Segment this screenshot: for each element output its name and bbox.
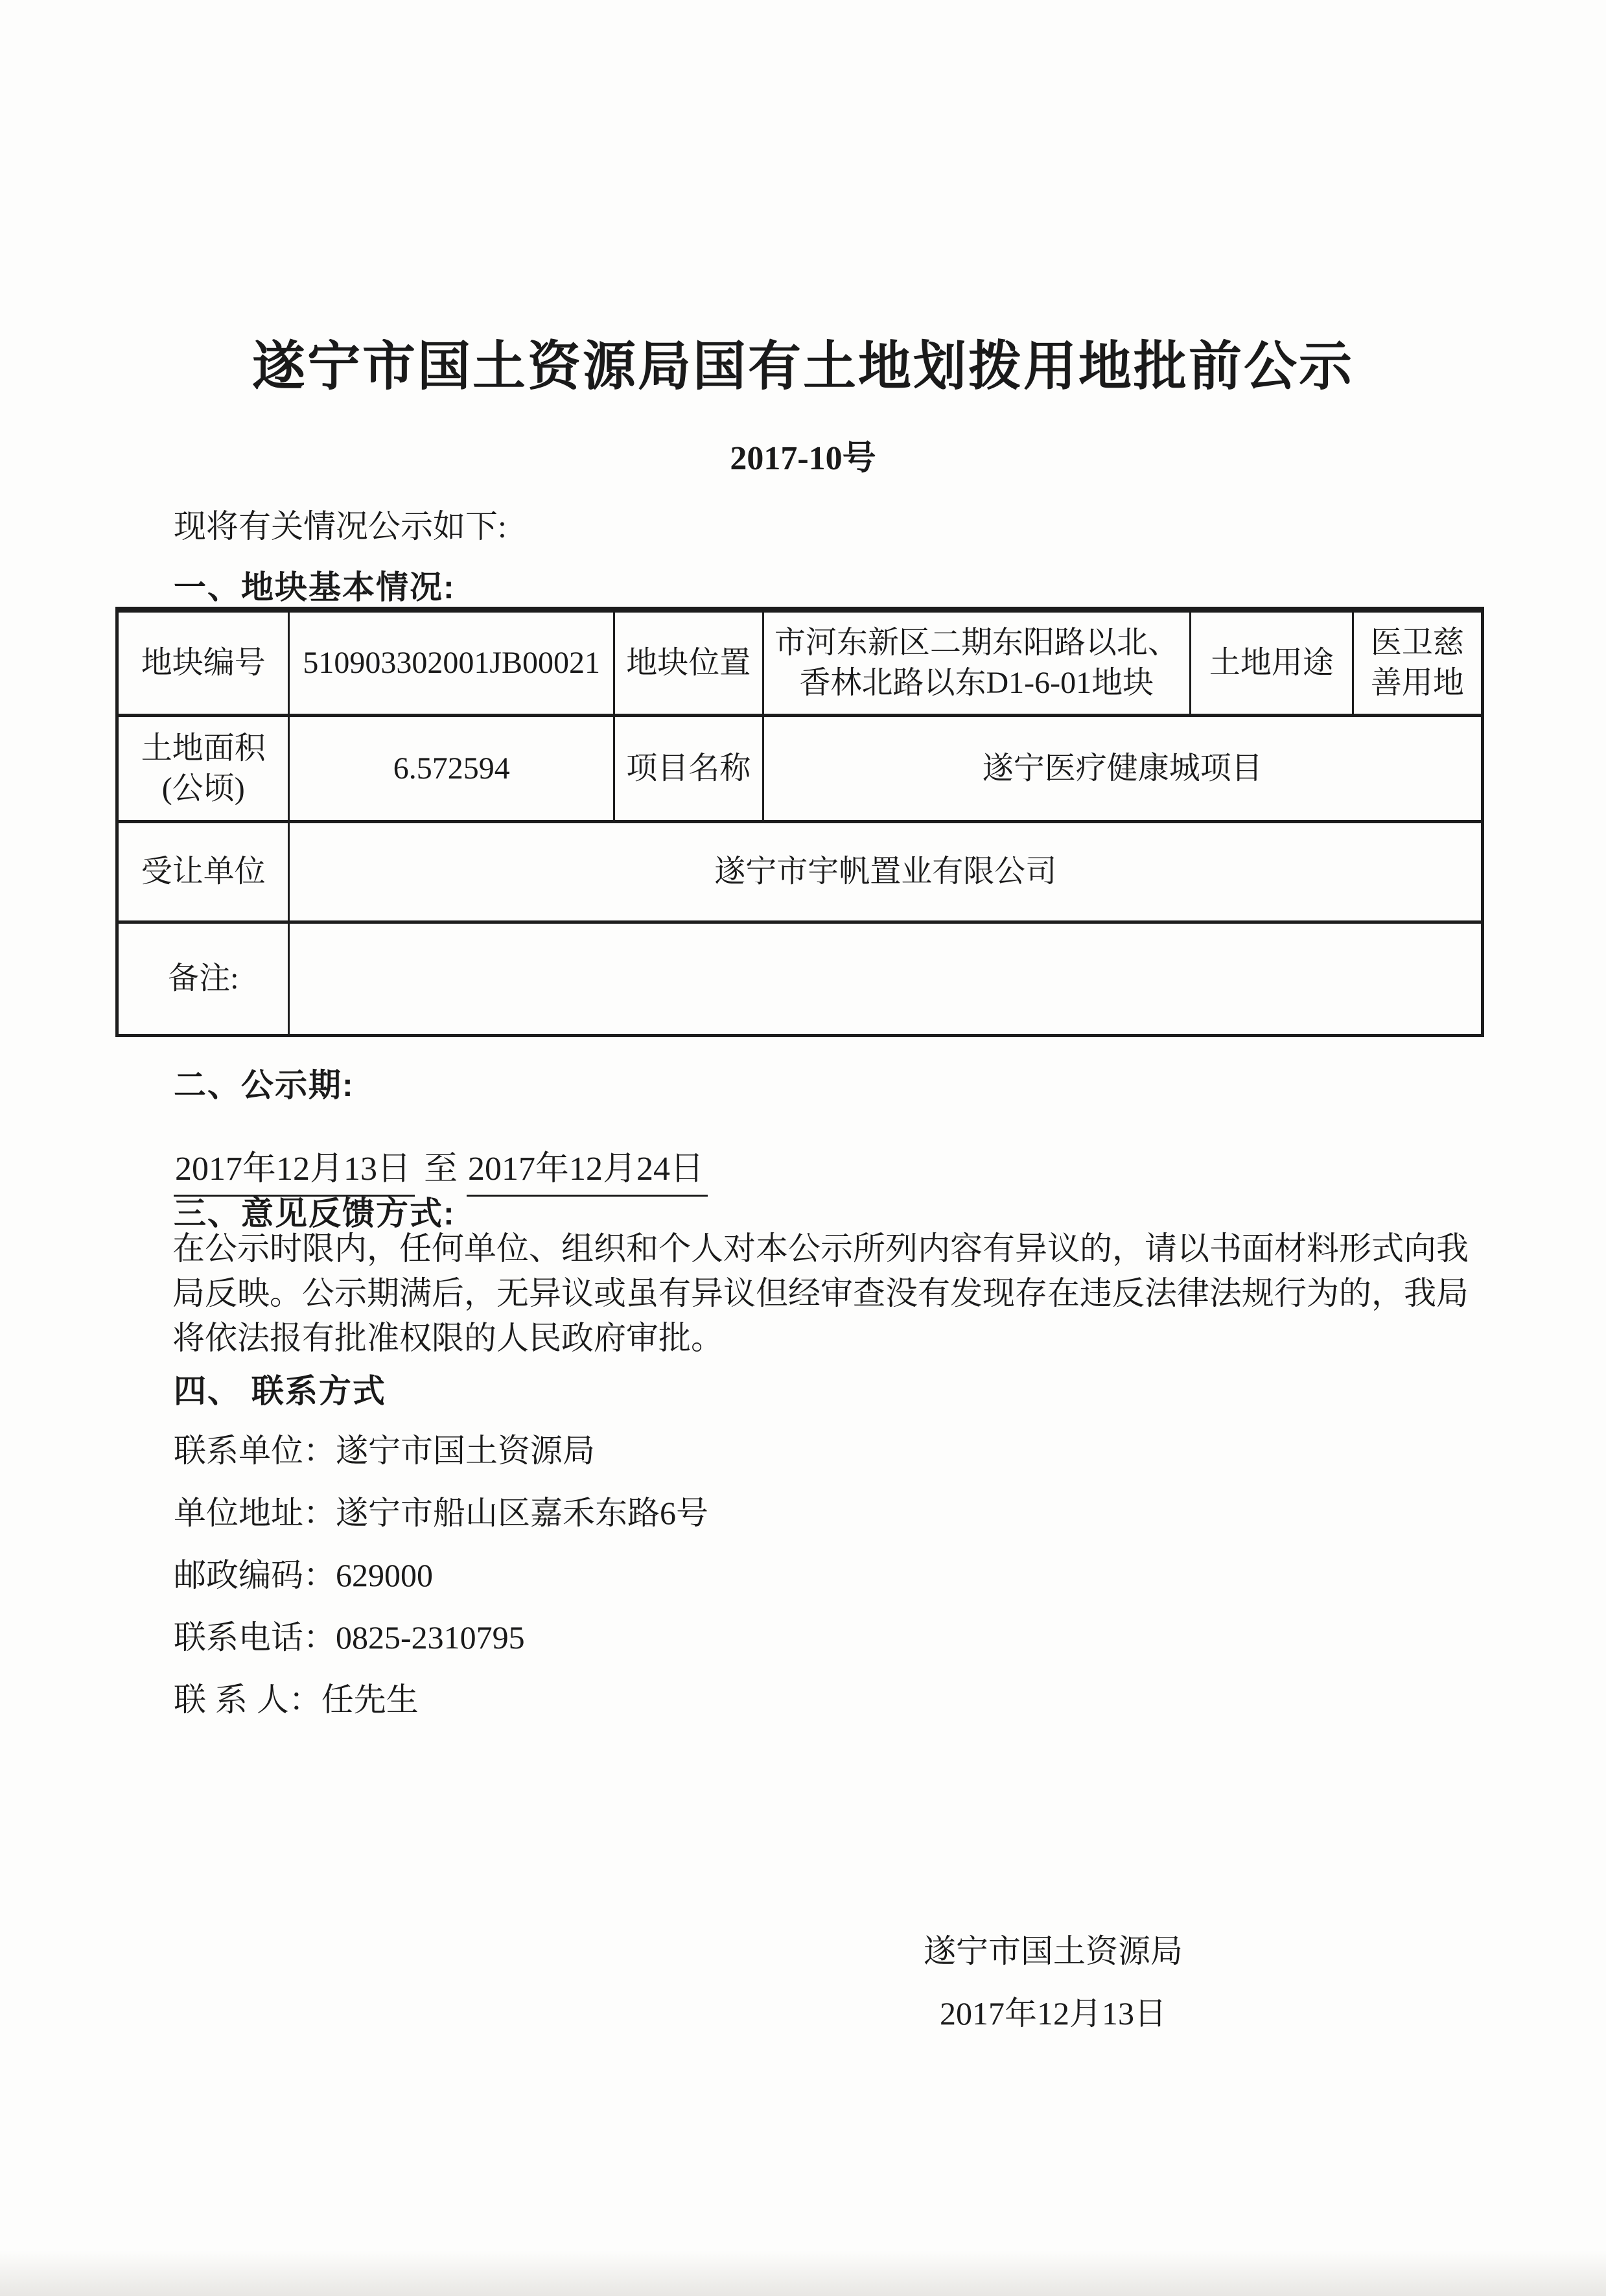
table-row: 地块编号 510903302001JB00021 地块位置 市河东新区二期东阳路…	[117, 610, 1483, 716]
contact-unit-value: 遂宁市国土资源局	[336, 1433, 595, 1469]
table-row: 受让单位 遂宁市宇帆置业有限公司	[117, 822, 1483, 922]
table-row: 备注:	[117, 922, 1483, 1036]
project-name-value: 遂宁医疗健康城项目	[763, 716, 1482, 822]
signature-block: 遂宁市国土资源局 2017年12月13日	[920, 1920, 1186, 2044]
plot-number-value: 510903302001JB00021	[289, 610, 614, 716]
contact-person-line: 联 系 人：任先生	[174, 1669, 708, 1731]
scan-artifact-bottom	[0, 2251, 1606, 2296]
postal-code-value: 629000	[336, 1557, 433, 1593]
contact-unit-label: 联系单位：	[174, 1433, 336, 1469]
signature-org: 遂宁市国土资源局	[920, 1920, 1186, 1982]
project-name-label: 项目名称	[614, 716, 763, 822]
remarks-label: 备注:	[117, 922, 289, 1036]
transferee-label: 受让单位	[117, 822, 289, 922]
feedback-paragraph: 在公示时限内，任何单位、组织和个人对本公示所列内容有异议的，请以书面材料形式向我…	[172, 1226, 1507, 1361]
section4-heading: 四、 联系方式	[174, 1365, 386, 1412]
phone-line: 联系电话：0825-2310795	[174, 1606, 708, 1669]
land-use-label: 土地用途	[1191, 610, 1353, 716]
scanned-notice-page: 遂宁市国土资源局国有土地划拨用地批前公示 2017-10号 现将有关情况公示如下…	[0, 0, 1606, 2296]
table-row: 土地面积 (公顷) 6.572594 项目名称 遂宁医疗健康城项目	[117, 716, 1483, 822]
section1-heading: 一、地块基本情况:	[174, 561, 456, 608]
land-info-table: 地块编号 510903302001JB00021 地块位置 市河东新区二期东阳路…	[115, 607, 1484, 1037]
plot-location-label: 地块位置	[614, 610, 763, 716]
contact-info-block: 联系单位：遂宁市国土资源局 单位地址：遂宁市船山区嘉禾东路6号 邮政编码：629…	[174, 1420, 708, 1731]
publicity-end-date: 2017年12月24日	[467, 1141, 708, 1197]
contact-unit-line: 联系单位：遂宁市国土资源局	[174, 1420, 708, 1482]
remarks-value	[289, 922, 1483, 1036]
phone-label: 联系电话：	[174, 1619, 336, 1656]
transferee-value: 遂宁市宇帆置业有限公司	[289, 822, 1483, 922]
land-area-value: 6.572594	[289, 716, 614, 822]
postal-code-label: 邮政编码：	[174, 1557, 336, 1593]
signature-date: 2017年12月13日	[920, 1982, 1186, 2044]
page-title: 遂宁市国土资源局国有土地划拨用地批前公示	[0, 324, 1606, 400]
section2-heading: 二、公示期:	[174, 1059, 355, 1106]
address-line: 单位地址：遂宁市船山区嘉禾东路6号	[174, 1482, 708, 1544]
contact-person-label: 联 系 人：	[174, 1681, 321, 1718]
phone-value: 0825-2310795	[336, 1619, 525, 1656]
plot-location-value: 市河东新区二期东阳路以北、 香林北路以东D1-6-01地块	[763, 610, 1191, 716]
contact-person-value: 任先生	[321, 1681, 419, 1718]
date-separator: 至	[424, 1151, 458, 1188]
plot-number-label: 地块编号	[117, 610, 289, 716]
doc-number: 2017-10号	[0, 430, 1606, 479]
address-label: 单位地址：	[174, 1495, 336, 1531]
land-area-label: 土地面积 (公顷)	[117, 716, 289, 822]
intro-line: 现将有关情况公示如下:	[174, 500, 507, 547]
land-use-value: 医卫慈 善用地	[1353, 610, 1482, 716]
postal-code-line: 邮政编码：629000	[174, 1544, 708, 1606]
address-value: 遂宁市船山区嘉禾东路6号	[336, 1495, 708, 1531]
